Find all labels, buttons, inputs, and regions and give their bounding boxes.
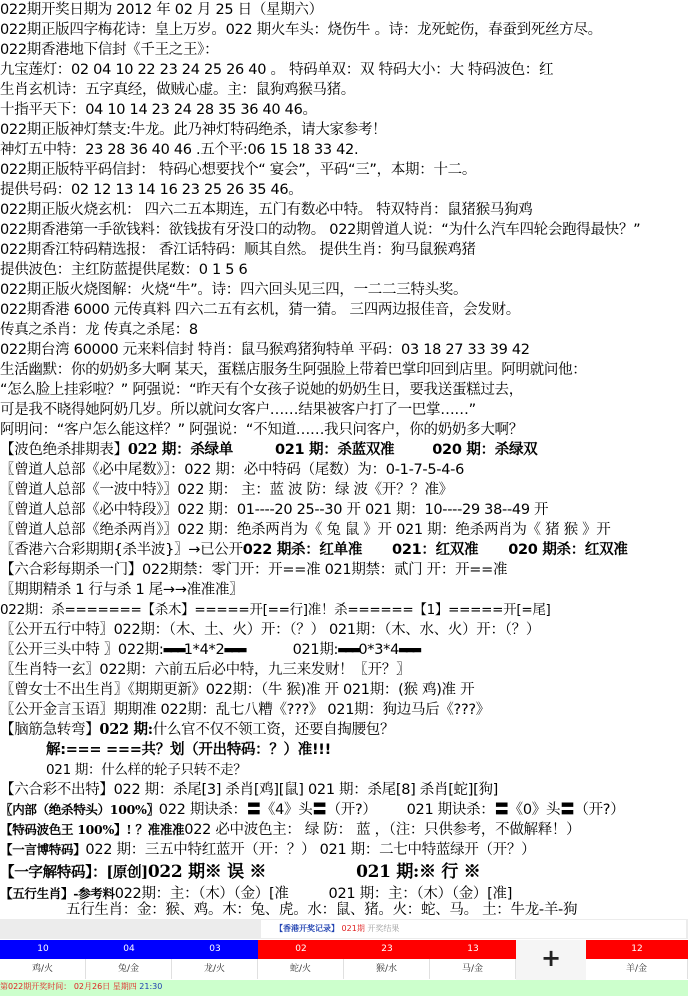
bar-decoration: ▬▬▬ [224, 642, 244, 658]
one-char-021: 021 期:※ 行 ※ [356, 862, 480, 882]
fire-diagram-line: 022期正版火烧图解：火烧“牛”。诗：四六回头见三四，一二二三特头奖。 [0, 280, 467, 300]
bar-decoration: ▬▬▬ [338, 642, 358, 658]
zodiac-poem-line: 生肖玄机诗：五字真经，做贼心虚。主：鼠狗鸡猴马猪。 [0, 80, 355, 100]
special-flat-envelope: 022期正版特平码信封： 特码心想要找个“ 宴会”，平码“三”，本期：十二。 [0, 160, 476, 180]
wave-kill-022: 022 期：杀绿单 [128, 441, 233, 458]
one-word-bet-label: 【一言博特码】 [0, 842, 85, 857]
half-wave-021: 021：红双准 [392, 542, 478, 558]
ball-3: 03 龙/火 [172, 940, 258, 980]
internal-kill-021: 〓《0》头〓（开?） [494, 802, 624, 818]
fire-mystery-line: 022期正版火烧玄机： 四六二五本期连，五门有数必中特。 特双特肖：鼠猪猴马狗鸡 [0, 200, 532, 220]
wave-king-text: 022 必中波色主： 绿 防： 蓝 ，（注：只供参考，不做解释！） [184, 822, 580, 838]
one-word-bet-line: 【一言博特码】022 期：三五中特红蓝开（开：？） 021 期：二七中特蓝绿开（… [0, 840, 535, 860]
internal-kill-022-label: 022 期诀杀： [159, 802, 247, 818]
hk-envelope-title: 022期香港地下信封《千王之王》： [0, 40, 218, 60]
ball-zodiac: 羊/金 [586, 959, 688, 979]
wave-kill-021: 021 期：杀蓝双准 [275, 442, 394, 458]
special-ball: 12 羊/金 [586, 940, 688, 980]
kill-one-door-line: 【六合彩每期杀一门】022期禁：零门开：开==准 021期禁：贰门 开：开==准 [0, 560, 507, 580]
one-char-022: 022 期※ 误 ※ [148, 862, 266, 882]
ball-zodiac: 猴/水 [344, 959, 430, 979]
ball-zodiac: 马/金 [430, 959, 516, 979]
humor-line-1: 生活幽默：你的奶奶多大啊 某天，蛋糕店服务生阿强脸上带着巴掌印回到店里。阿明就问… [0, 360, 587, 380]
five-element-zodiac-label: 【五行生肖】-参考料 [0, 886, 115, 901]
no-special-line: 【六合彩不出特】022 期：杀尾[3] 杀肖[鸡][鼠] 021 期：杀尾[8]… [0, 780, 498, 800]
next-draw-date: 02月26日 [74, 982, 110, 991]
wave-kill-020: 020 期：杀绿双 [432, 442, 537, 458]
internal-kill-label: 〖内部（绝杀特头）100%〗 [0, 802, 159, 817]
next-draw-footer: 第022期开奖时间： 02月26日 星期四 21:30 [0, 980, 688, 996]
plum-poem-line: 022期正版四字梅花诗：皇上万岁。022 期火车头：烧伤牛 。诗：龙死蛇伤，春蚕… [0, 20, 602, 40]
bar-decoration: ▬▬▬ [163, 642, 183, 658]
draw-date-line: 022期开奖日期为 2012 年 02 月 25 日（星期六） [0, 0, 323, 20]
ten-fingers-line: 十指平天下：04 10 14 23 24 28 35 36 40 46。 [0, 100, 317, 120]
provided-numbers-line: 提供号码：02 12 13 14 16 23 25 26 35 46。 [0, 180, 303, 200]
ball-number: 13 [430, 940, 516, 959]
next-draw-label: 第022期开奖时间： [0, 982, 71, 991]
half-wave-022: 022 期杀：红单准 [243, 542, 362, 558]
one-word-bet-text: 022 期：三五中特红蓝开（开：？） 021 期：二七中特蓝绿开（开？） [85, 842, 535, 858]
results-title-link[interactable]: 【香港开奖记录】 [275, 924, 339, 933]
lamp-five-line: 神灯五中特：23 28 36 40 46 .五个平:06 15 18 33 42… [0, 140, 358, 160]
riddle-label: 【脑筋急转弯】 [0, 722, 99, 738]
ball-number: 04 [86, 940, 172, 959]
kill-element-tail-title: 〖期期精杀 1 行与杀 1 尾→→准准准〗 [0, 580, 243, 600]
results-panel-title[interactable]: 【香港开奖记录】 021期 开奖结果 [261, 920, 686, 938]
tail-number-line: 〖曾道人总部《必中尾数》〗：022 期：必中特码（尾数）为：0-1-7-5-4-… [0, 460, 464, 480]
five-element-mapping: 五行生肖：金：猴、鸡。木：兔、虎。水：鼠、猪。火：蛇、马。 土：牛龙-羊-狗 [66, 900, 577, 920]
ball-4: 02 蛇/火 [258, 940, 344, 980]
one-char-decode-label: 【一字解特码】：[原创] [0, 864, 148, 881]
hk-first-hand-line: 022期香港第一手欲钱料：欲钱拔有牙没口的动物。 022期曾道人说：“为什么汽车… [0, 220, 640, 240]
half-wave-label: 〖香港六合彩期期{杀半波}〗→已公开 [0, 542, 243, 558]
three-head-line: 〖公开三头中特 〗022期:▬▬▬1*4*2▬▬▬021期:▬▬▬0*3*4▬▬… [0, 640, 419, 660]
ball-zodiac: 龙/火 [172, 959, 258, 979]
kill-element-tail-line: 022期：杀=======【杀木】=====开[==行]准！杀======【1】… [0, 600, 551, 620]
ball-zodiac: 兔/金 [86, 959, 172, 979]
internal-kill-021-label: 021 期诀杀： [407, 802, 495, 818]
wave-color-line: 提供波色：主红防蓝提供尾数：0 1 5 6 [0, 260, 247, 280]
ball-number: 23 [344, 940, 430, 959]
bar-decoration: ▬▬▬ [399, 642, 419, 658]
kill-two-zodiac-line: 〖曾道人总部《绝杀两肖》〗022 期：绝杀两肖为《 兔 鼠 》开 021 期：绝… [0, 520, 610, 540]
ball-number: 12 [586, 940, 688, 959]
riddle-period: 022 期: [99, 721, 152, 738]
three-head-022: 1*4*2 [184, 642, 225, 658]
three-head-021: 0*3*4 [358, 642, 399, 658]
taiwan-envelope-line: 022期台湾 60000 元来料信封 特肖：鼠马猴鸡猪狗特单 平码：03 18 … [0, 340, 530, 360]
ms-zeng-line: 〖曾女士不出生肖〗《期期更新》022期：（牛 猴)准 开 021期：(猴 鸡)准… [0, 680, 474, 700]
results-suffix: 开奖结果 [367, 924, 399, 933]
riddle-answer: 解:=== ===共？划（开出特码：？）准!!! [46, 740, 331, 760]
ball-number: 02 [258, 940, 344, 959]
ball-number: 10 [0, 940, 86, 959]
fax-kill-line: 传真之杀肖：龙 传真之杀尾：8 [0, 320, 198, 340]
humor-line-2: “怎么脸上挂彩啦？” 阿强说：“昨天有个女孩子说她的奶奶生日，要我送蛋糕过去， [0, 380, 523, 400]
three-head-label: 〖公开三头中特 〗022期: [0, 642, 163, 658]
xiangjiang-line: 022期香江特码精选报： 香江话特码：顺其自然。 提供生肖：狗马鼠猴鸡猪 [0, 240, 476, 260]
special-segment-line: 〖曾道人总部《必中特段》〗022 期：01----20 25--30 开 021… [0, 500, 548, 520]
results-balls: 10 鸡/火 04 兔/金 03 龙/火 02 蛇/火 23 猴/水 13 马/… [0, 940, 688, 980]
humor-line-4: 阿明问：“客户怎么能这样？” 阿强说：“不知道……我只问客户，你的奶奶多大啊？ [0, 420, 523, 440]
ball-zodiac: 鸡/火 [0, 959, 86, 979]
five-element-line: 〖公开五行中特〗022期：（木、土、火）开：（？） 021期：（木、水、火）开：… [0, 620, 540, 640]
lamp-ban-line: 022期正版神灯禁支:牛龙。此乃神灯特码绝杀，请大家参考！ [0, 120, 386, 140]
ball-1: 10 鸡/火 [0, 940, 86, 980]
ball-zodiac: 蛇/火 [258, 959, 344, 979]
ball-2: 04 兔/金 [86, 940, 172, 980]
internal-kill-head-line: 〖内部（绝杀特头）100%〗022 期诀杀：〓《4》头〓（开?）021 期诀杀：… [0, 800, 624, 820]
ball-5: 23 猴/水 [344, 940, 430, 980]
wave-king-line: 【特码波色王 100%】! ？准准准022 必中波色主： 绿 防： 蓝 ，（注：… [0, 820, 580, 840]
three-head-021-label: 021期: [293, 642, 339, 658]
riddle-line: 【脑筋急转弯】022 期:什么官不仅不领工资，还要自掏腰包？ [0, 720, 394, 740]
riddle-question: 什么官不仅不领工资，还要自掏腰包？ [153, 722, 394, 738]
one-wave-line: 〖曾道人总部《一波中特》〗022 期： 主：蓝 波 防：绿 波《开？？准》 [0, 480, 453, 500]
golden-words-line: 〖公开金言玉语〗期期准 022期：乱七八糟《???》 021期：狗边马后《???… [0, 700, 490, 720]
one-char-decode-line: 【一字解特码】：[原创]022 期※ 误 ※021 期:※ 行 ※ [0, 860, 480, 884]
humor-line-3: 可是我不晓得她阿奶几岁。所以就问女客户……结果被客户打了一巴掌……” [0, 400, 476, 420]
plus-icon: + [516, 940, 586, 980]
riddle-021: 021 期：什么样的轮子只转不走？ [46, 760, 246, 780]
half-wave-020: 020 期杀：红双准 [508, 542, 627, 558]
ball-number: 03 [172, 940, 258, 959]
next-draw-weekday: 星期四 [113, 982, 137, 991]
ball-6: 13 马/金 [430, 940, 516, 980]
next-draw-time: 21:30 [139, 982, 162, 991]
hk-fax-line: 022期香港 6000 元传真料 四六二五有玄机，猜一猜。 三四两边报佳音，会发… [0, 300, 520, 320]
internal-kill-022: 〓《4》头〓（开?） [247, 802, 377, 818]
results-panel-header: 【香港开奖记录】 021期 开奖结果 [0, 919, 688, 939]
wave-kill-schedule: 【波色绝杀排期表】022 期：杀绿单021 期：杀蓝双准020 期：杀绿双 [0, 440, 537, 460]
zodiac-mystery-line: 〖生肖特一玄〗022期：六前五后必中特，九三来发财！〖开？〗 [0, 660, 410, 680]
nine-lantern-line: 九宝莲灯：02 04 10 22 23 24 25 26 40 。 特码单双：双… [0, 60, 553, 80]
wave-king-label: 【特码波色王 100%】! ？准准准 [0, 822, 184, 837]
wave-kill-label: 【波色绝杀排期表】 [0, 442, 128, 458]
half-wave-line: 〖香港六合彩期期{杀半波}〗→已公开022 期杀：红单准021：红双准020 期… [0, 540, 628, 560]
results-period: 021期 [342, 924, 365, 933]
